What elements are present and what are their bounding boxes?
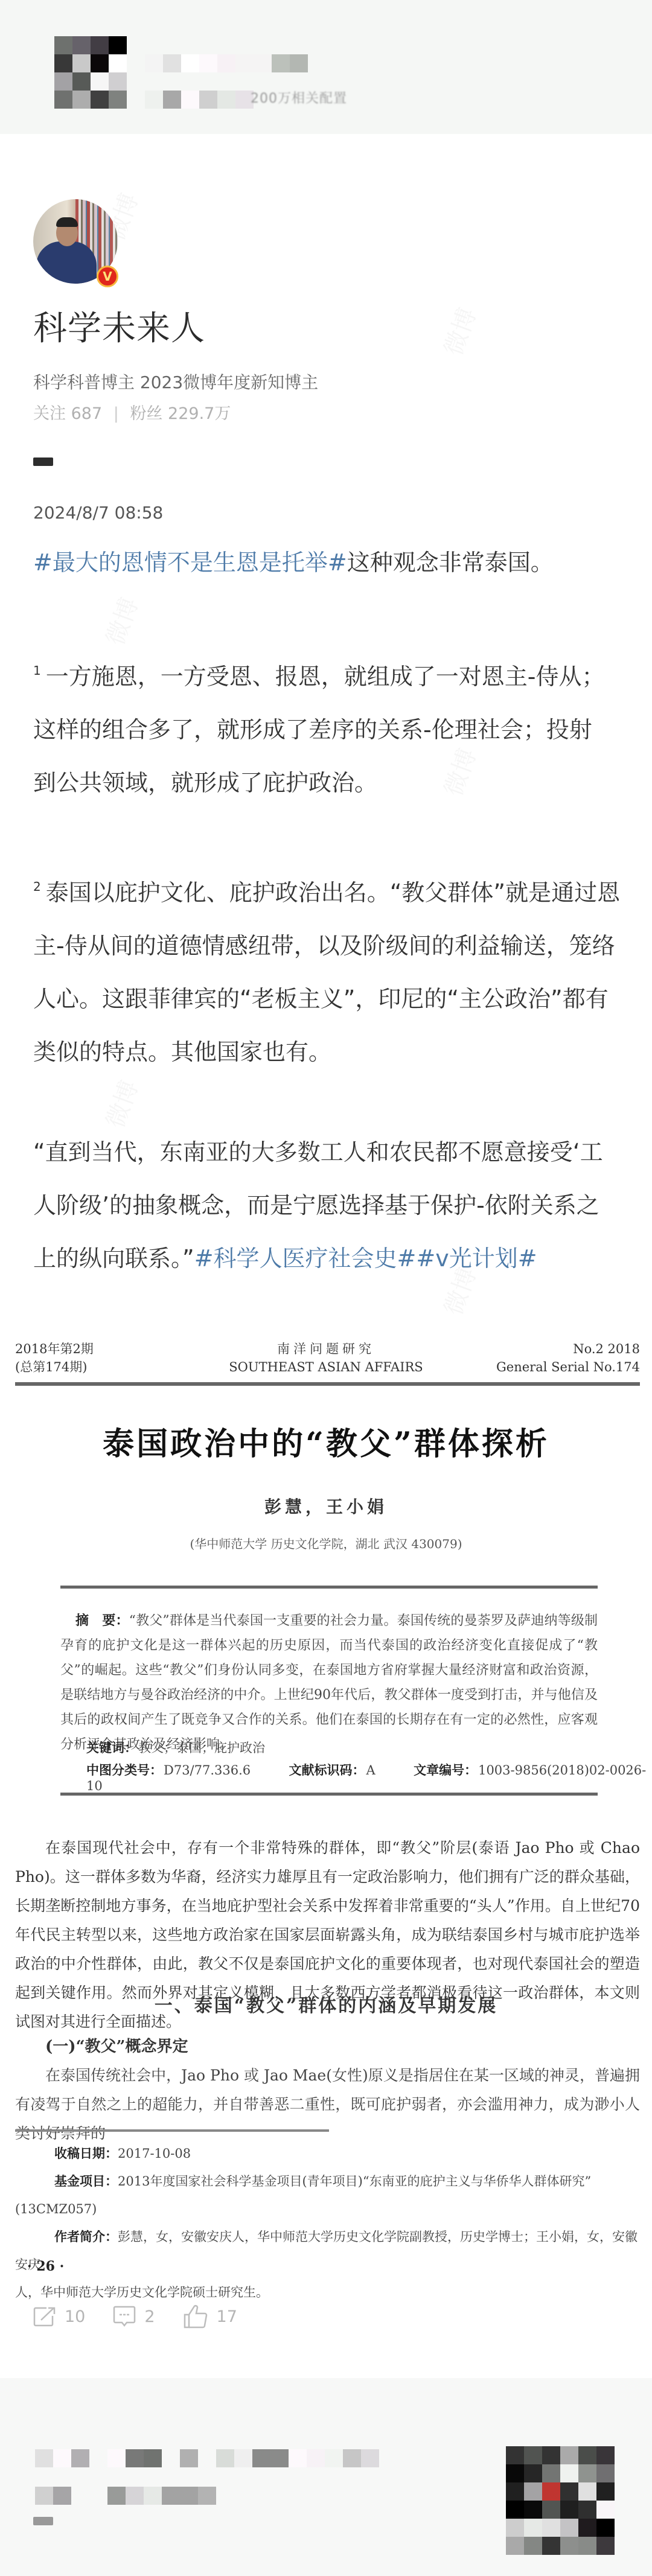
subsection-heading: (一)“教父”概念界定 <box>45 2034 188 2056</box>
followers-label: 粉丝 <box>130 404 162 423</box>
post-action-bar: 10 2 17 <box>33 2298 265 2335</box>
watermark: 微博 <box>97 1075 145 1132</box>
stats-divider: | <box>113 404 119 423</box>
page-number: · 26 · <box>27 2259 64 2274</box>
header-rule <box>15 1382 640 1386</box>
comment-count: 2 <box>144 2307 155 2326</box>
post-intro: #最大的恩情不是生恩是托举#这种观念非常泰国。 <box>33 536 619 589</box>
pixelated-footer-subtext <box>35 2487 216 2505</box>
following-count[interactable]: 687 <box>71 404 103 423</box>
article-title: 泰国政治中的“教父”群体探析 <box>0 1418 652 1464</box>
footnote-rule <box>15 2129 329 2132</box>
like-count: 17 <box>217 2307 237 2326</box>
avatar-hair <box>56 217 78 227</box>
article-affiliation: (华中师范大学 历史文化学院，湖北 武汉 430079) <box>0 1534 652 1552</box>
thumbs-up-icon <box>183 2304 208 2329</box>
repost-button[interactable]: 10 <box>33 2306 85 2327</box>
small-marker <box>33 2517 53 2525</box>
journal-serial: No.2 2018 General Serial No.174 <box>496 1340 640 1376</box>
watermark: 微博 <box>435 302 484 360</box>
article-abstract: 摘 要：“教父”群体是当代泰国一支重要的社会力量。泰国传统的曼荼罗及萨迪纳等级制… <box>60 1608 598 1757</box>
redaction-mark <box>33 457 53 466</box>
pixelated-footer-text <box>35 2449 379 2467</box>
abstract-top-rule <box>60 1586 598 1589</box>
footnote-authors: 作者简介：彭慧，女，安徽安庆人，华中师范大学历史文化学院副教授，历史学博士；王小… <box>15 2223 640 2278</box>
pixelated-qr-code <box>506 2446 615 2555</box>
like-button[interactable]: 17 <box>183 2304 237 2329</box>
footnote-received: 收稿日期：2017-10-08 <box>15 2140 640 2167</box>
post-quote: “直到当代，东南亚的大多数工人和农民都不愿意接受‘工人阶级’的抽象概念，而是宁愿… <box>33 1126 622 1285</box>
abstract-bottom-rule <box>60 1793 598 1796</box>
footer-obscured-region <box>0 2378 652 2576</box>
article-keywords: 关键词：教父；泰国；庇护政治 <box>86 1738 265 1756</box>
comment-icon <box>113 2305 136 2328</box>
intro-text: 这种观念非常泰国。 <box>347 549 554 576</box>
paragraph-text: 一方施恩，一方受恩、报恩，就组成了一对恩主-侍从；这样的组合多了，就形成了差序的… <box>33 663 604 796</box>
avatar-figure <box>36 241 97 284</box>
user-name[interactable]: 科学未来人 <box>33 302 205 350</box>
repost-count: 10 <box>65 2307 85 2326</box>
watermark: 微博 <box>97 592 145 649</box>
attached-journal-image[interactable]: 2018年第2期 (总第174期) 南洋问题研究 SOUTHEAST ASIAN… <box>0 1322 652 2306</box>
post-paragraph-2: 2泰国以庇护文化、庇护政治出名。“教父群体”就是通过恩主-侍从间的道德情感纽带，… <box>33 860 625 1079</box>
article-classification: 中图分类号：D73/77.336.6 文献标识码：A 文章编号：1003-985… <box>86 1761 652 1793</box>
hashtag-link[interactable]: #科学人医疗社会史##v光计划# <box>194 1245 537 1272</box>
article-authors: 彭慧，王小娟 <box>0 1494 652 1518</box>
following-label: 关注 <box>33 404 66 423</box>
followers-count[interactable]: 229.7万 <box>168 404 231 423</box>
post-paragraph-1: 1一方施恩，一方受恩、报恩，就组成了一对恩主-侍从；这样的组合多了，就形成了差序… <box>33 644 613 809</box>
footnote-funding: 基金项目：2013年度国家社会科学基金项目(青年项目)“东南亚的庇护主义与华侨华… <box>15 2167 640 2195</box>
user-stats: 关注 687 | 粉丝 229.7万 <box>33 400 231 424</box>
hashtag-link[interactable]: #最大的恩情不是生恩是托举# <box>33 549 347 576</box>
obscured-header-text: 200万相关配置 <box>251 88 347 107</box>
footnote-marker: 2 <box>33 879 41 894</box>
subsection-body: 在泰国传统社会中，Jao Pho 或 Jao Mae(女性)原义是指居住在某一区… <box>15 2061 640 2148</box>
section-heading: 一、泰国“教父”群体的内涵及早期发展 <box>0 1991 652 2017</box>
paragraph-text: 泰国以庇护文化、庇护政治出名。“教父群体”就是通过恩主-侍从间的道德情感纽带，以… <box>33 879 620 1065</box>
repost-icon <box>33 2306 56 2327</box>
user-description: 科学科普博主 2023微博年度新知博主 <box>33 369 318 394</box>
comment-button[interactable]: 2 <box>113 2305 155 2328</box>
footnote-marker: 1 <box>33 663 41 678</box>
post-date: 2024/8/7 08:58 <box>33 503 163 523</box>
pixelated-avatar <box>54 36 127 109</box>
pixelated-subtitle <box>145 91 254 109</box>
article-footnotes: 收稿日期：2017-10-08 基金项目：2013年度国家社会科学基金项目(青年… <box>15 2140 640 2306</box>
header-obscured-region: 200万相关配置 <box>0 0 652 134</box>
verified-badge-icon: V <box>97 266 118 287</box>
pixelated-username <box>145 54 308 72</box>
